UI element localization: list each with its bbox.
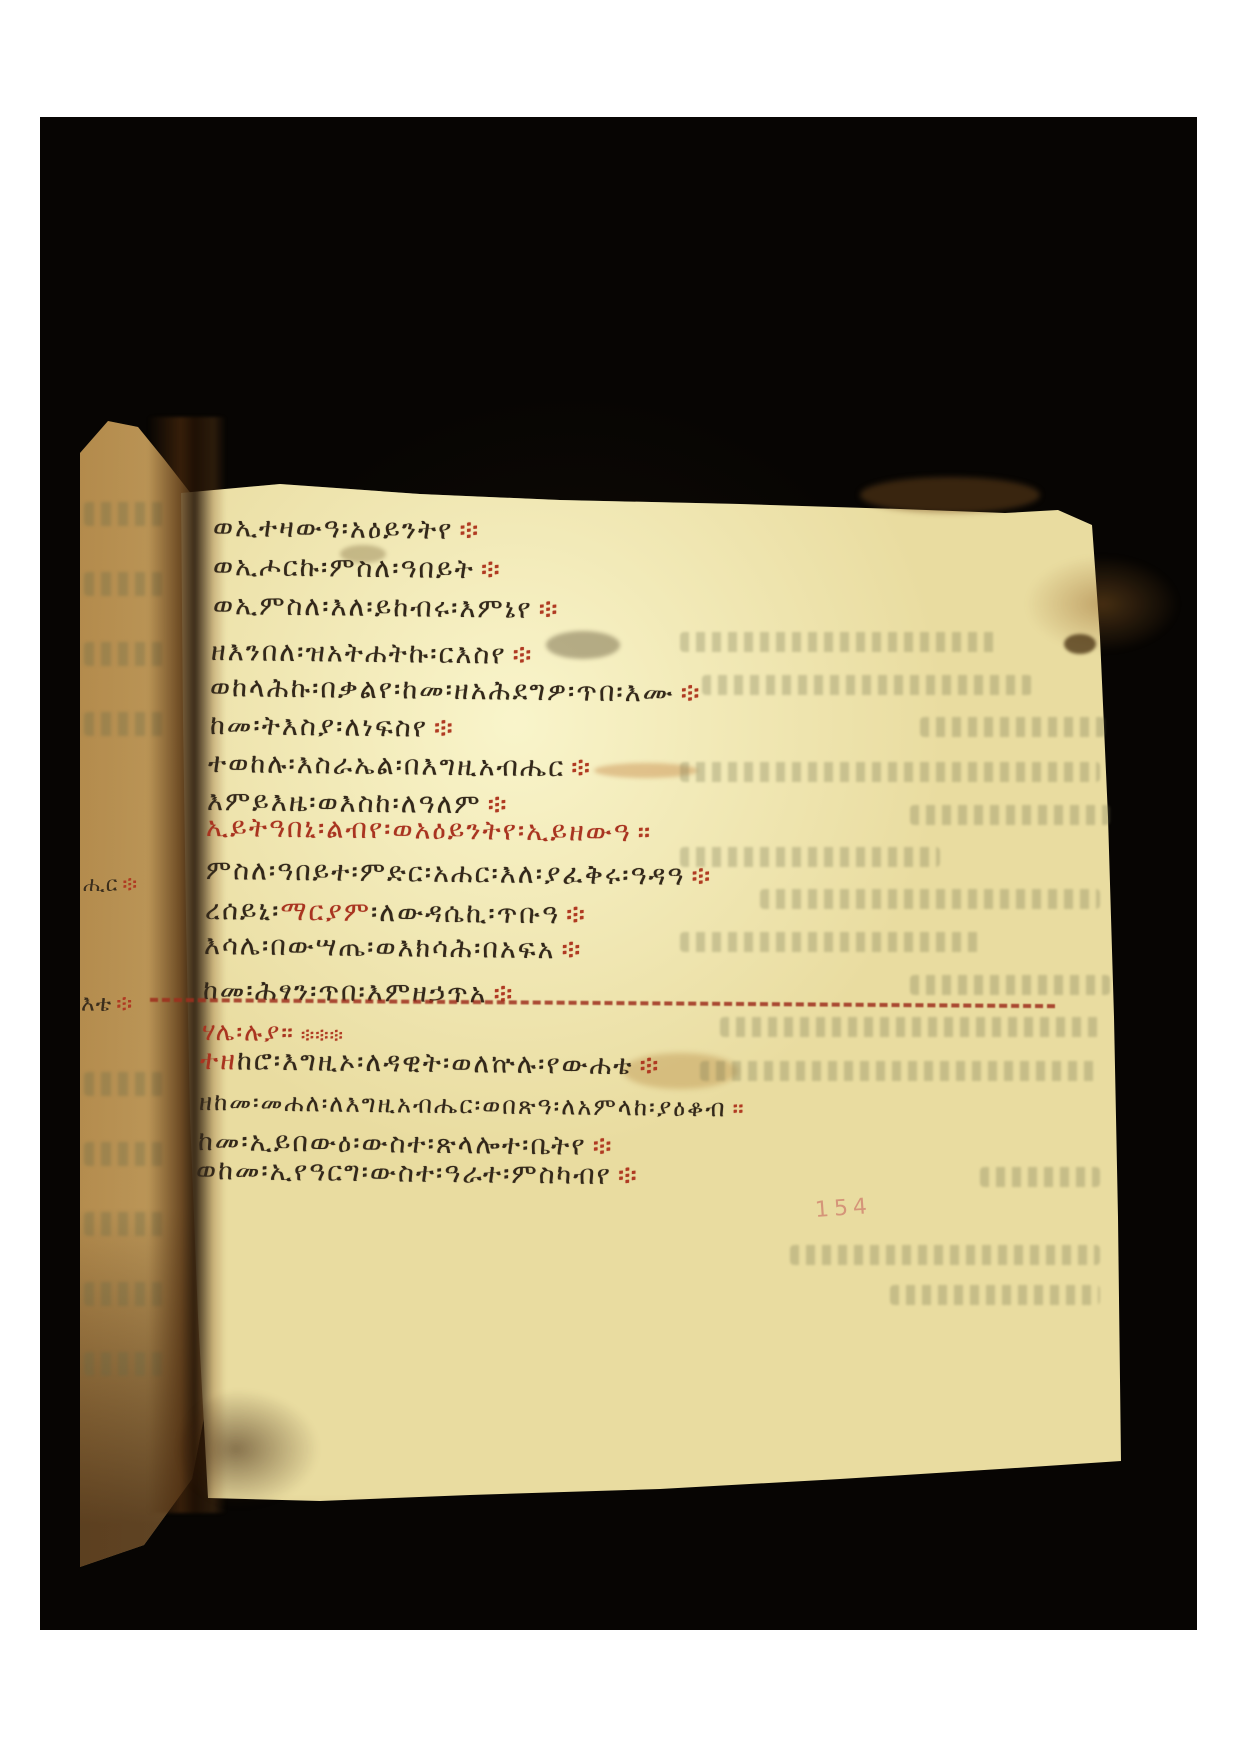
ghost-text-row: [680, 847, 940, 867]
manuscript-line: ተዘከሮ፡እግዚኦ፡ለዳዊት፡ወለኵሉ፡የውሐቴ፨: [200, 1045, 661, 1083]
section-mark: ።: [631, 817, 652, 848]
line-text: እሳሌ፡በውሣጤ፡ወእክሳሕ፡በአፍአ: [204, 930, 556, 965]
ghost-text-row: [920, 717, 1105, 737]
manuscript-line: ወኢምስለ፡እለ፡ይከብሩ፡እምኔየ፨: [213, 590, 560, 626]
section-mark: ፨: [118, 872, 138, 896]
margin-fragment: ሒር፨: [83, 872, 138, 897]
line-text: ከመ፡ትእስያ፡ለነፍስየ: [210, 710, 428, 744]
line-text: ፡ለውዳሴኪ፡ጥቡዓ: [371, 897, 560, 930]
ghost-text-row: [680, 632, 1000, 652]
margin-fragment-text: ሒር: [83, 872, 118, 896]
ghost-text-row: [980, 1167, 1100, 1187]
line-text: ወኢምስለ፡እለ፡ይከብሩ፡እምኔየ: [213, 590, 533, 625]
ghost-text-row: [890, 1285, 1100, 1305]
manuscript-line: ወኢሖርኩ፡ምስለ፡ዓበይት፨: [213, 551, 502, 587]
line-rubric-text: ሃሌ፡ሉያ።: [202, 1017, 295, 1047]
line-rubric-text: ተዘ: [200, 1045, 237, 1076]
manuscript-line: እሳሌ፡በውሣጤ፡ወእክሳሕ፡በአፍአ፨: [204, 930, 583, 967]
section-mark: ፨፨፨: [295, 1024, 344, 1047]
section-mark: ፨: [674, 678, 701, 709]
section-mark: ፨: [112, 991, 133, 1017]
section-mark: ፨: [586, 1131, 613, 1162]
manuscript-line: ከመ፡ሕፃን፡ጥበ፡እምዘኃጥአ፨: [203, 975, 515, 1011]
manuscript-line: ዘእንበለ፡ዝአትሐትኩ፡ርእስየ፨: [211, 636, 534, 672]
ghost-text-row: [760, 889, 1100, 909]
section-mark: ፨: [685, 861, 712, 892]
line-text: ወኢሖርኩ፡ምስለ፡ዓበይት: [213, 551, 475, 585]
manuscript-line-rubric: ኢይትዓበኒ፡ልብየ፡ወአዕይንትየ፡ኢይዘውዓ።: [206, 812, 653, 849]
ghost-text-row: [910, 975, 1110, 995]
margin-fragment-text: እቴ: [81, 991, 112, 1017]
line-rubric-text: ኢይትዓበኒ፡ልብየ፡ወአዕይንትየ፡ኢይዘውዓ: [206, 812, 632, 848]
section-mark: ፨: [487, 978, 514, 1009]
line-text: ወከመ፡ኢየዓርግ፡ውስተ፡ዓራተ፡ምስካብየ: [196, 1155, 612, 1191]
line-text: ዘከመ፡መሐለ፡ለእግዚአብሔር፡ወበጽዓ፡ለአምላከ፡ያዕቆብ: [199, 1088, 727, 1122]
manuscript-line: ወኢተዛውዓ፡አዕይንትየ፨: [213, 512, 481, 547]
section-mark: ።: [726, 1094, 746, 1122]
line-text: ወኢተዛውዓ፡አዕይንትየ: [213, 512, 454, 546]
manuscript-line: ወከላሕኩ፡በቃልየ፡ከመ፡ዘአሕደግዎ፡ጥበ፡እሙ፨: [210, 672, 702, 710]
ghost-text-row: [910, 805, 1110, 825]
ghost-text-row: [790, 1245, 1100, 1265]
line-text: ወከላሕኩ፡በቃልየ፡ከመ፡ዘአሕደግዎ፡ጥበ፡እሙ: [210, 672, 675, 709]
manuscript-line: ከመ፡ትእስያ፡ለነፍስየ፨: [210, 710, 455, 745]
manuscript-line: ረሰይኒ፡ማርያም፡ለውዳሴኪ፡ጥቡዓ፨: [205, 895, 587, 932]
stain: [860, 477, 1040, 513]
line-text: ምስለ፡ዓበይተ፡ምድር፡አሐር፡እለ፡ያፈቅሩ፡ዓዳዓ: [206, 855, 686, 892]
line-text: ዘእንበለ፡ዝአትሐትኩ፡ርእስየ: [211, 636, 507, 671]
ghost-text-row: [680, 762, 1100, 782]
line-text: ተወከሉ፡እስራኤል፡በእግዚአብሔር: [208, 748, 566, 783]
section-mark: ፨: [475, 554, 502, 585]
section-mark: ፨: [560, 899, 587, 930]
manuscript-line: ምስለ፡ዓበይተ፡ምድር፡አሐር፡እለ፡ያፈቅሩ፡ዓዳዓ፨: [206, 855, 713, 893]
manuscript-line: ወከመ፡ኢየዓርግ፡ውስተ፡ዓራተ፡ምስካብየ፨: [196, 1155, 639, 1192]
line-text: ከሮ፡እግዚኦ፡ለዳዊት፡ወለኵሉ፡የውሐቴ: [237, 1045, 634, 1081]
line-text: ከመ፡ሕፃን፡ጥበ፡እምዘኃጥአ: [203, 975, 488, 1009]
manuscript-line: ተወከሉ፡እስራኤል፡በእግዚአብሔር፨: [208, 748, 593, 785]
section-mark: ፨: [428, 713, 455, 744]
ghost-text-row: [700, 1061, 1100, 1081]
line-text: ረሰይኒ፡: [205, 895, 281, 927]
gutter-bottom-shadow: [180, 1389, 320, 1509]
stain: [1025, 555, 1180, 653]
section-mark: ፨: [532, 594, 559, 625]
margin-fragment: እቴ፨: [81, 991, 133, 1017]
section-mark: ፨: [453, 515, 480, 546]
ghost-text-row: [702, 675, 1032, 695]
section-mark: ፨: [612, 1160, 639, 1191]
section-mark: ፨: [565, 752, 592, 783]
ghost-text-row: [720, 1017, 1100, 1037]
page-number: 154: [814, 1194, 873, 1223]
line-rubric-text: ማርያም: [280, 896, 371, 928]
stain: [1064, 634, 1096, 654]
manuscript-line: ዘከመ፡መሐለ፡ለእግዚአብሔር፡ወበጽዓ፡ለአምላከ፡ያዕቆብ።: [199, 1086, 746, 1125]
section-mark: ፨: [555, 934, 582, 965]
stain: [546, 631, 620, 659]
screenshot-canvas: ሒር፨ እቴ፨ ወኢተዛውዓ፡አዕይንትየ፨ ወኢሖርኩ፡ምስለ፡ዓበይት፨ ወ…: [0, 0, 1238, 1753]
section-mark: ፨: [506, 640, 533, 671]
section-mark: ፨: [633, 1050, 660, 1081]
ghost-text-row: [680, 932, 980, 952]
